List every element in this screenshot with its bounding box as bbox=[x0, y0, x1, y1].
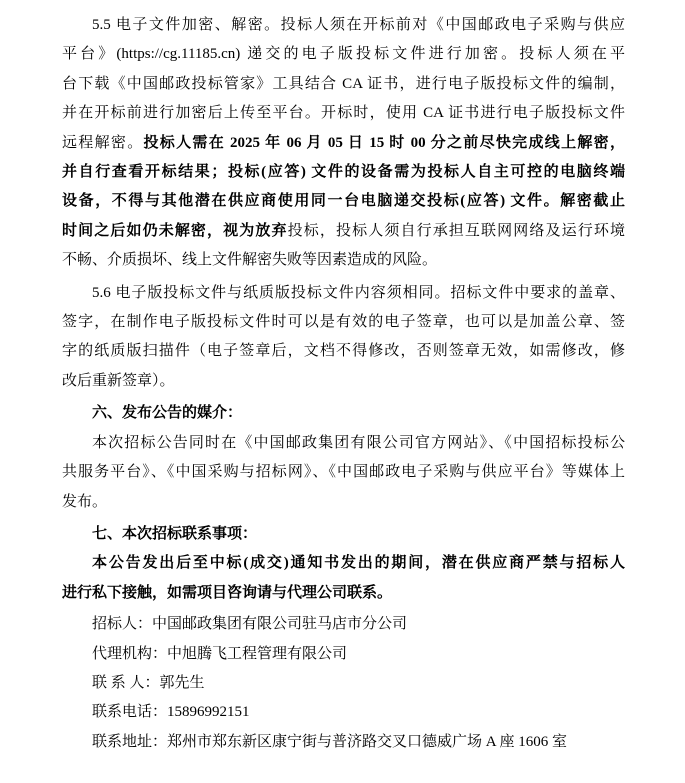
clause-5-6-line-1: 5.6 电子版投标文件与纸质版投标文件内容须相同。招标文件中要求的盖章、 bbox=[62, 279, 625, 308]
section-7-line-1: 本公告发出后至中标(成交)通知书发出的期间，潜在供应商严禁与招标人 bbox=[62, 549, 625, 578]
deadline-emphasis-text: 投标人需在 2025 年 06 月 05 日 15 时 00 分之前尽快完成线上… bbox=[144, 135, 625, 151]
clause-5-6-text: 签字，在制作电子版投标文件时可以是有效的电子签章，也可以是加盖公章、签 bbox=[62, 314, 625, 330]
clause-5-6-text: 字的纸质版扫描件（电子签章后，文档不得修改，否则签章无效，如需修改，修 bbox=[62, 343, 625, 359]
section-7-heading: 七、本次招标联系事项： bbox=[62, 520, 625, 549]
clause-5-5-paragraph: 5.5 电子文件加密、解密。投标人须在开标前对《中国邮政电子采购与供应 平台》(… bbox=[62, 11, 625, 276]
agency-value: 中旭腾飞工程管理有限公司 bbox=[167, 646, 347, 662]
contact-phone-label: 联系电话： bbox=[92, 704, 167, 720]
section-6-media: 六、发布公告的媒介： 本次招标公告同时在《中国邮政集团有限公司官方网站》、《中国… bbox=[62, 399, 625, 517]
contact-info-block: 招标人：中国邮政集团有限公司驻马店市分公司 代理机构：中旭腾飞工程管理有限公司 … bbox=[62, 610, 625, 757]
clause-5-5-line-8: 时间之后如仍未解密，视为放弃投标，投标人须自行承担互联网网络及运行环境 bbox=[62, 217, 625, 246]
contact-person-label: 联 系 人： bbox=[92, 675, 160, 691]
section-6-text: 本次招标公告同时在《中国邮政集团有限公司官方网站》、《中国招标投标公 bbox=[92, 435, 625, 451]
deadline-emphasis-text: 并自行查看开标结果；投标(应答) 文件的设备需为投标人自主可控的电脑终端 bbox=[62, 164, 625, 180]
contact-address-line: 联系地址：郑州市郑东新区康宁街与普济路交叉口德威广场 A 座 1606 室 bbox=[62, 728, 625, 757]
contact-phone-line: 联系电话：15896992151 bbox=[62, 698, 625, 727]
clause-5-5-line-7: 设备，不得与其他潜在供应商使用同一台电脑递交投标(应答) 文件。解密截止 bbox=[62, 187, 625, 216]
clause-5-5-text: 平台》(https://cg.11185.cn) 递交的电子版投标文件进行加密。… bbox=[62, 46, 625, 62]
deadline-emphasis-text: 时间之后如仍未解密，视为放弃 bbox=[62, 223, 288, 239]
section-7-text: 进行私下接触，如需项目咨询请与代理公司联系。 bbox=[62, 585, 392, 601]
clause-5-6-text: 改后重新签章）。 bbox=[62, 373, 175, 389]
clause-5-5-text: 投标，投标人须自行承担互联网网络及运行环境 bbox=[288, 223, 625, 239]
agency-line: 代理机构：中旭腾飞工程管理有限公司 bbox=[62, 640, 625, 669]
clause-5-5-text: 并在开标前进行加密后上传至平台。开标时，使用 CA 证书进行电子版投标文件 bbox=[62, 105, 625, 121]
tenderer-line: 招标人：中国邮政集团有限公司驻马店市分公司 bbox=[62, 610, 625, 639]
clause-5-5-line-4: 并在开标前进行加密后上传至平台。开标时，使用 CA 证书进行电子版投标文件 bbox=[62, 99, 625, 128]
section-6-text: 发布。 bbox=[62, 494, 107, 510]
clause-5-5-text: 不畅、介质损坏、线上文件解密失败等因素造成的风险。 bbox=[62, 252, 437, 268]
section-7-contact-matters: 七、本次招标联系事项： 本公告发出后至中标(成交)通知书发出的期间，潜在供应商严… bbox=[62, 520, 625, 608]
section-6-line-3: 发布。 bbox=[62, 488, 625, 517]
clause-5-6-text: 5.6 电子版投标文件与纸质版投标文件内容须相同。招标文件中要求的盖章、 bbox=[92, 285, 625, 301]
section-6-heading-text: 六、发布公告的媒介： bbox=[92, 405, 242, 421]
clause-5-5-line-5: 远程解密。投标人需在 2025 年 06 月 05 日 15 时 00 分之前尽… bbox=[62, 129, 625, 158]
clause-5-5-line-1: 5.5 电子文件加密、解密。投标人须在开标前对《中国邮政电子采购与供应 bbox=[62, 11, 625, 40]
contact-address-value: 郑州市郑东新区康宁街与普济路交叉口德威广场 A 座 1606 室 bbox=[167, 734, 567, 750]
document-page: 5.5 电子文件加密、解密。投标人须在开标前对《中国邮政电子采购与供应 平台》(… bbox=[0, 0, 685, 783]
clause-5-5-text: 远程解密。 bbox=[62, 135, 144, 151]
clause-5-5-line-6: 并自行查看开标结果；投标(应答) 文件的设备需为投标人自主可控的电脑终端 bbox=[62, 158, 625, 187]
section-6-line-2: 共服务平台》、《中国采购与招标网》、《中国邮政电子采购与供应平台》等媒体上 bbox=[62, 458, 625, 487]
clause-5-6-line-2: 签字，在制作电子版投标文件时可以是有效的电子签章，也可以是加盖公章、签 bbox=[62, 308, 625, 337]
section-7-heading-text: 七、本次招标联系事项： bbox=[92, 526, 257, 542]
section-6-line-1: 本次招标公告同时在《中国邮政集团有限公司官方网站》、《中国招标投标公 bbox=[62, 429, 625, 458]
clause-5-6-paragraph: 5.6 电子版投标文件与纸质版投标文件内容须相同。招标文件中要求的盖章、 签字，… bbox=[62, 279, 625, 397]
clause-5-5-line-3: 台下载《中国邮政投标管家》工具结合 CA 证书，进行电子版投标文件的编制， bbox=[62, 70, 625, 99]
section-6-text: 共服务平台》、《中国采购与招标网》、《中国邮政电子采购与供应平台》等媒体上 bbox=[62, 464, 625, 480]
contact-phone-value: 15896992151 bbox=[167, 704, 250, 720]
clause-5-5-text: 台下载《中国邮政投标管家》工具结合 CA 证书，进行电子版投标文件的编制， bbox=[62, 76, 625, 92]
section-6-heading: 六、发布公告的媒介： bbox=[62, 399, 625, 428]
tenderer-value: 中国邮政集团有限公司驻马店市分公司 bbox=[152, 616, 407, 632]
clause-5-6-line-3: 字的纸质版扫描件（电子签章后，文档不得修改，否则签章无效，如需修改，修 bbox=[62, 337, 625, 366]
clause-5-5-line-2: 平台》(https://cg.11185.cn) 递交的电子版投标文件进行加密。… bbox=[62, 40, 625, 69]
tenderer-label: 招标人： bbox=[92, 616, 152, 632]
clause-5-6-line-4: 改后重新签章）。 bbox=[62, 367, 625, 396]
section-7-line-2: 进行私下接触，如需项目咨询请与代理公司联系。 bbox=[62, 579, 625, 608]
contact-person-value: 郭先生 bbox=[160, 675, 205, 691]
agency-label: 代理机构： bbox=[92, 646, 167, 662]
section-7-text: 本公告发出后至中标(成交)通知书发出的期间，潜在供应商严禁与招标人 bbox=[92, 555, 625, 571]
deadline-emphasis-text: 设备，不得与其他潜在供应商使用同一台电脑递交投标(应答) 文件。解密截止 bbox=[62, 193, 625, 209]
clause-5-5-line-9: 不畅、介质损坏、线上文件解密失败等因素造成的风险。 bbox=[62, 246, 625, 275]
contact-address-label: 联系地址： bbox=[92, 734, 167, 750]
clause-5-5-text: 5.5 电子文件加密、解密。投标人须在开标前对《中国邮政电子采购与供应 bbox=[92, 17, 625, 33]
contact-person-line: 联 系 人：郭先生 bbox=[62, 669, 625, 698]
